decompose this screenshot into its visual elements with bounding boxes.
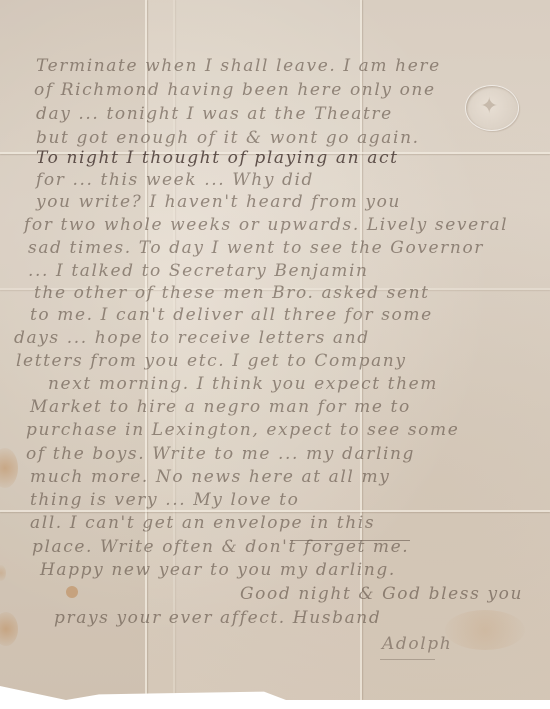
letter-line: ... I talked to Secretary Benjamin — [28, 261, 369, 281]
letter-line: to me. I can't deliver all three for som… — [30, 305, 433, 325]
letter-line: for ... this week ... Why did — [36, 170, 314, 190]
signature-flourish — [380, 659, 435, 660]
letter-line: letters from you etc. I get to Company — [16, 351, 407, 371]
letter-line: for two whole weeks or upwards. Lively s… — [24, 215, 508, 235]
letter-line: next morning. I think you expect them — [48, 374, 438, 394]
letter-line: day ... tonight I was at the Theatre — [36, 104, 393, 124]
letter-line: thing is very ... My love to — [30, 490, 299, 510]
letter-line: you write? I haven't heard from you — [36, 192, 401, 212]
letter-text: Terminate when I shall leave. I am here … — [0, 0, 550, 700]
letter-line: but got enough of it & wont go again. — [36, 128, 420, 148]
letter-line: the other of these men Bro. asked sent — [34, 283, 430, 303]
letter-line: Happy new year to you my darling. — [40, 560, 396, 580]
letter-line: Market to hire a negro man for me to — [30, 397, 411, 417]
letter-line: Terminate when I shall leave. I am here — [36, 56, 441, 76]
letter-line: of Richmond having been here only one — [34, 80, 436, 100]
letter-line: of the boys. Write to me ... my darling — [26, 444, 415, 464]
underline — [290, 540, 410, 541]
signature: Adolph — [382, 634, 452, 654]
letter-line: purchase in Lexington, expect to see som… — [26, 420, 459, 440]
letter-line: all. I can't get an envelope in this — [30, 513, 375, 533]
letter-line: To night I thought of playing an act — [36, 148, 399, 168]
letter-line: much more. No news here at all my — [30, 467, 390, 487]
letter-line: days ... hope to receive letters and — [14, 328, 370, 348]
letter-line: Good night & God bless you — [240, 584, 523, 604]
letter-line: sad times. To day I went to see the Gove… — [28, 238, 484, 258]
letter-line: prays your ever affect. Husband — [54, 608, 381, 628]
